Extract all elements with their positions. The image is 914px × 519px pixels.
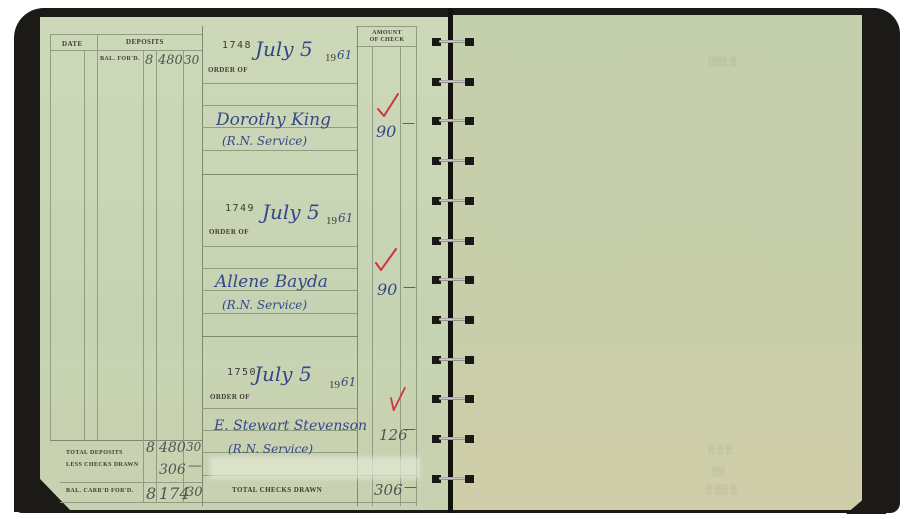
amount-header-bottom-rule <box>356 46 416 47</box>
stub-rule <box>202 268 357 269</box>
date-left-rule <box>50 34 51 440</box>
check-number: 1750 <box>227 367 257 378</box>
payee: E. Stewart Stevenson <box>214 418 367 434</box>
bal-carried-forward-thousands: 8 <box>146 484 156 503</box>
stub-rule <box>202 83 357 84</box>
spiral-ring <box>432 276 474 284</box>
deposits-column-header: DEPOSITS <box>126 38 164 46</box>
check-amount-cents: — <box>402 116 415 131</box>
header-top-rule <box>50 34 202 35</box>
payee: Dorothy King <box>216 110 331 130</box>
order-of-label: ORDER OF <box>210 393 250 401</box>
check-amount: 90 <box>377 280 397 299</box>
bal-forward-thousands: 8 <box>145 53 153 68</box>
check-date: July 5 <box>255 37 313 61</box>
total-deposits-cents: 30 <box>186 440 201 454</box>
amount-header-top-rule <box>356 26 416 27</box>
total-deposits-dollars: 480 <box>159 440 186 456</box>
ring-lug <box>465 395 474 403</box>
total-checks-drawn-dollars: 306 <box>374 481 403 499</box>
stub-rule <box>202 408 357 409</box>
spiral-ring <box>432 435 474 443</box>
stub-divider <box>202 174 357 175</box>
spiral-ring <box>432 475 474 483</box>
totals-mid-rule <box>60 482 202 483</box>
check-amount: 90 <box>376 122 396 141</box>
amount-right-rule <box>416 26 417 506</box>
spiral-ring <box>432 237 474 245</box>
amount-of-check-header: AMOUNT OF CHECK <box>358 30 416 44</box>
stub-rule <box>202 150 357 151</box>
bal-carried-forward-label: BAL. CARR'D FOR'D. <box>66 488 134 494</box>
memo: (R.N. Service) <box>222 134 307 148</box>
ring-lug <box>465 435 474 443</box>
bleed-through-mark: ▒ ▒ ▒ <box>708 444 732 454</box>
check-year-suffix: 61 <box>341 375 356 389</box>
spiral-ring <box>432 395 474 403</box>
ring-wire <box>439 477 467 480</box>
ring-lug <box>465 276 474 284</box>
spiral-ring <box>432 117 474 125</box>
spiral-ring <box>432 197 474 205</box>
totals-bottom-rule <box>60 502 416 503</box>
stub-rule <box>202 313 357 314</box>
verified-check-mark-icon <box>374 246 398 272</box>
ring-wire <box>439 159 467 162</box>
header-bottom-rule <box>50 50 202 51</box>
bal-forward-dollars: 480 <box>158 53 183 68</box>
spiral-ring <box>432 78 474 86</box>
check-year-suffix: 61 <box>337 48 352 62</box>
verified-check-mark-icon <box>376 92 400 118</box>
total-deposits-thousands: 8 <box>146 440 155 456</box>
spiral-ring <box>432 157 474 165</box>
less-checks-drawn-cents: — <box>188 458 202 474</box>
amount-header-line-1: AMOUNT <box>358 30 416 37</box>
ring-lug <box>465 316 474 324</box>
ring-wire <box>439 119 467 122</box>
ring-lug <box>465 157 474 165</box>
stub-left-rule <box>202 26 203 506</box>
less-checks-drawn-label: LESS CHECKS DRAWN <box>66 462 138 468</box>
deposits-cents-rule <box>183 50 184 440</box>
amount-inner-rule-1 <box>372 46 373 506</box>
check-number: 1748 <box>222 40 252 51</box>
bleed-through-mark: ▒ ▒▒ ▒ <box>706 484 737 494</box>
ring-wire <box>439 40 467 43</box>
bal-forward-label: BAL. FOR'D. <box>100 56 140 62</box>
check-amount-cents: — <box>403 280 416 295</box>
total-deposits-label: TOTAL DEPOSITS <box>66 450 123 456</box>
deposits-thousands-rule <box>143 50 144 440</box>
page-corner-holder-right <box>846 480 886 514</box>
check-year-suffix: 61 <box>338 211 353 225</box>
ring-lug <box>465 117 474 125</box>
ring-lug <box>465 475 474 483</box>
check-date: July 5 <box>254 362 312 386</box>
blank-facing-page <box>452 15 862 510</box>
spiral-ring <box>432 316 474 324</box>
check-year-prefix: 19 <box>329 379 340 391</box>
bal-carried-forward-cents: 30 <box>186 485 203 500</box>
less-checks-drawn-dollars: 306 <box>159 462 186 478</box>
check-number: 1749 <box>225 203 255 214</box>
check-date: July 5 <box>262 200 320 224</box>
stub-right-rule <box>357 26 358 506</box>
stub-rule <box>202 105 357 106</box>
ring-wire <box>439 278 467 281</box>
order-of-label: ORDER OF <box>209 228 249 236</box>
order-of-label: ORDER OF <box>208 66 248 74</box>
bal-carried-forward-dollars: 174 <box>159 484 190 503</box>
bleed-through-mark: ▒▒ <box>712 466 725 476</box>
ring-wire <box>439 318 467 321</box>
deposits-left-rule <box>97 34 98 440</box>
check-year-prefix: 19 <box>325 52 336 64</box>
date-column-header: DATE <box>62 40 83 48</box>
date-split-rule <box>84 50 85 440</box>
ring-wire <box>439 199 467 202</box>
bal-forward-cents: 30 <box>184 53 199 67</box>
ring-wire <box>439 358 467 361</box>
verified-check-mark-icon <box>386 386 410 412</box>
check-year-prefix: 19 <box>326 215 337 227</box>
ring-wire <box>439 397 467 400</box>
ring-wire <box>439 239 467 242</box>
ring-lug <box>465 237 474 245</box>
total-checks-drawn-cents: — <box>404 480 417 495</box>
memo: (R.N. Service) <box>222 298 307 312</box>
ring-lug <box>465 356 474 364</box>
ring-lug <box>465 38 474 46</box>
stub-divider <box>202 336 357 337</box>
total-checks-drawn-label: TOTAL CHECKS DRAWN <box>232 486 322 494</box>
erased-writing-smudge <box>210 457 420 479</box>
ring-lug <box>465 78 474 86</box>
ring-lug <box>465 197 474 205</box>
totals-col-rule <box>143 440 144 502</box>
spiral-ring <box>432 38 474 46</box>
stub-rule <box>202 246 357 247</box>
check-amount-cents: — <box>403 422 416 437</box>
bleed-through-mark: ▒▒▒ ▒ <box>708 56 736 66</box>
ring-wire <box>439 80 467 83</box>
memo: (R.N. Service) <box>228 442 313 456</box>
payee: Allene Bayda <box>215 272 328 292</box>
amount-header-line-2: OF CHECK <box>358 37 416 44</box>
ring-wire <box>439 437 467 440</box>
deposits-dollars-rule <box>156 50 157 440</box>
spiral-ring <box>432 356 474 364</box>
